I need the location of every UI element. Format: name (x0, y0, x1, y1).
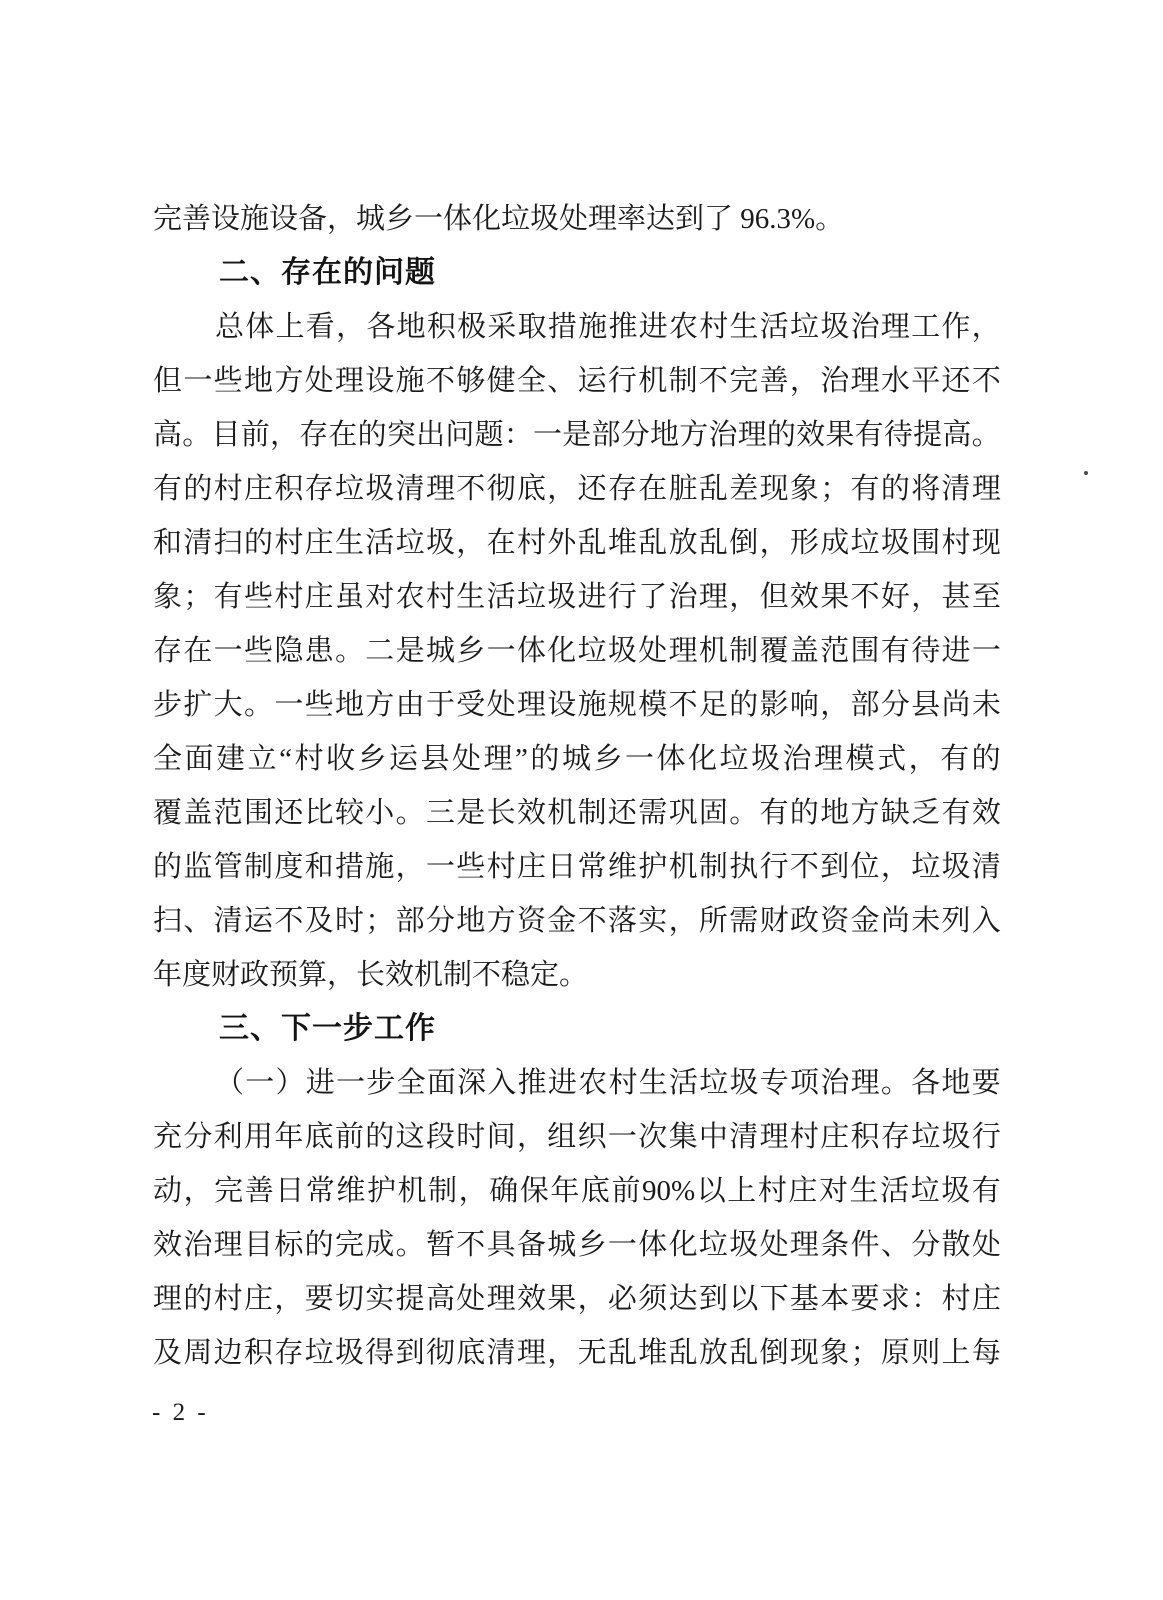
text-line: （一）进一步全面深入推进农村生活垃圾专项治理。各地要 (153, 1056, 1001, 1110)
text-line: 及周边积存垃圾得到彻底清理，无乱堆乱放乱倒现象；原则上每 (153, 1326, 1001, 1380)
scan-speck (1084, 471, 1088, 475)
text-line: 效治理目标的完成。暂不具备城乡一体化垃圾处理条件、分散处 (153, 1218, 1001, 1272)
section-heading: 二、存在的问题 (153, 246, 1001, 300)
text-line: 高。目前，存在的突出问题：一是部分地方治理的效果有待提高。 (153, 408, 1001, 462)
text-line: 有的村庄积存垃圾清理不彻底，还存在脏乱差现象；有的将清理 (153, 462, 1001, 516)
text-line: 和清扫的村庄生活垃圾，在村外乱堆乱放乱倒，形成垃圾围村现 (153, 516, 1001, 570)
text-line: 理的村庄，要切实提高处理效果，必须达到以下基本要求：村庄 (153, 1272, 1001, 1326)
document-page: 完善设施设备，城乡一体化垃圾处理率达到了 96.3%。二、存在的问题总体上看，各… (0, 0, 1163, 1600)
text-line: 步扩大。一些地方由于受处理设施规模不足的影响，部分县尚未 (153, 678, 1001, 732)
section-heading: 三、下一步工作 (153, 1002, 1001, 1056)
text-line: 充分利用年底前的这段时间，组织一次集中清理村庄积存垃圾行 (153, 1110, 1001, 1164)
text-line: 完善设施设备，城乡一体化垃圾处理率达到了 96.3%。 (153, 192, 1001, 246)
text-line: 的监管制度和措施，一些村庄日常维护机制执行不到位，垃圾清 (153, 840, 1001, 894)
text-line: 象；有些村庄虽对农村生活垃圾进行了治理，但效果不好，甚至 (153, 570, 1001, 624)
page-number: - 2 - (152, 1395, 209, 1431)
text-line: 年度财政预算，长效机制不稳定。 (153, 948, 1001, 1002)
text-line: 动，完善日常维护机制，确保年底前90%以上村庄对生活垃圾有 (153, 1164, 1001, 1218)
text-line: 覆盖范围还比较小。三是长效机制还需巩固。有的地方缺乏有效 (153, 786, 1001, 840)
text-line: 但一些地方处理设施不够健全、运行机制不完善，治理水平还不 (153, 354, 1001, 408)
text-line: 扫、清运不及时；部分地方资金不落实，所需财政资金尚未列入 (153, 894, 1001, 948)
text-line: 全面建立“村收乡运县处理”的城乡一体化垃圾治理模式，有的 (153, 732, 1001, 786)
text-line: 总体上看，各地积极采取措施推进农村生活垃圾治理工作， (153, 300, 1001, 354)
text-line: 存在一些隐患。二是城乡一体化垃圾处理机制覆盖范围有待进一 (153, 624, 1001, 678)
